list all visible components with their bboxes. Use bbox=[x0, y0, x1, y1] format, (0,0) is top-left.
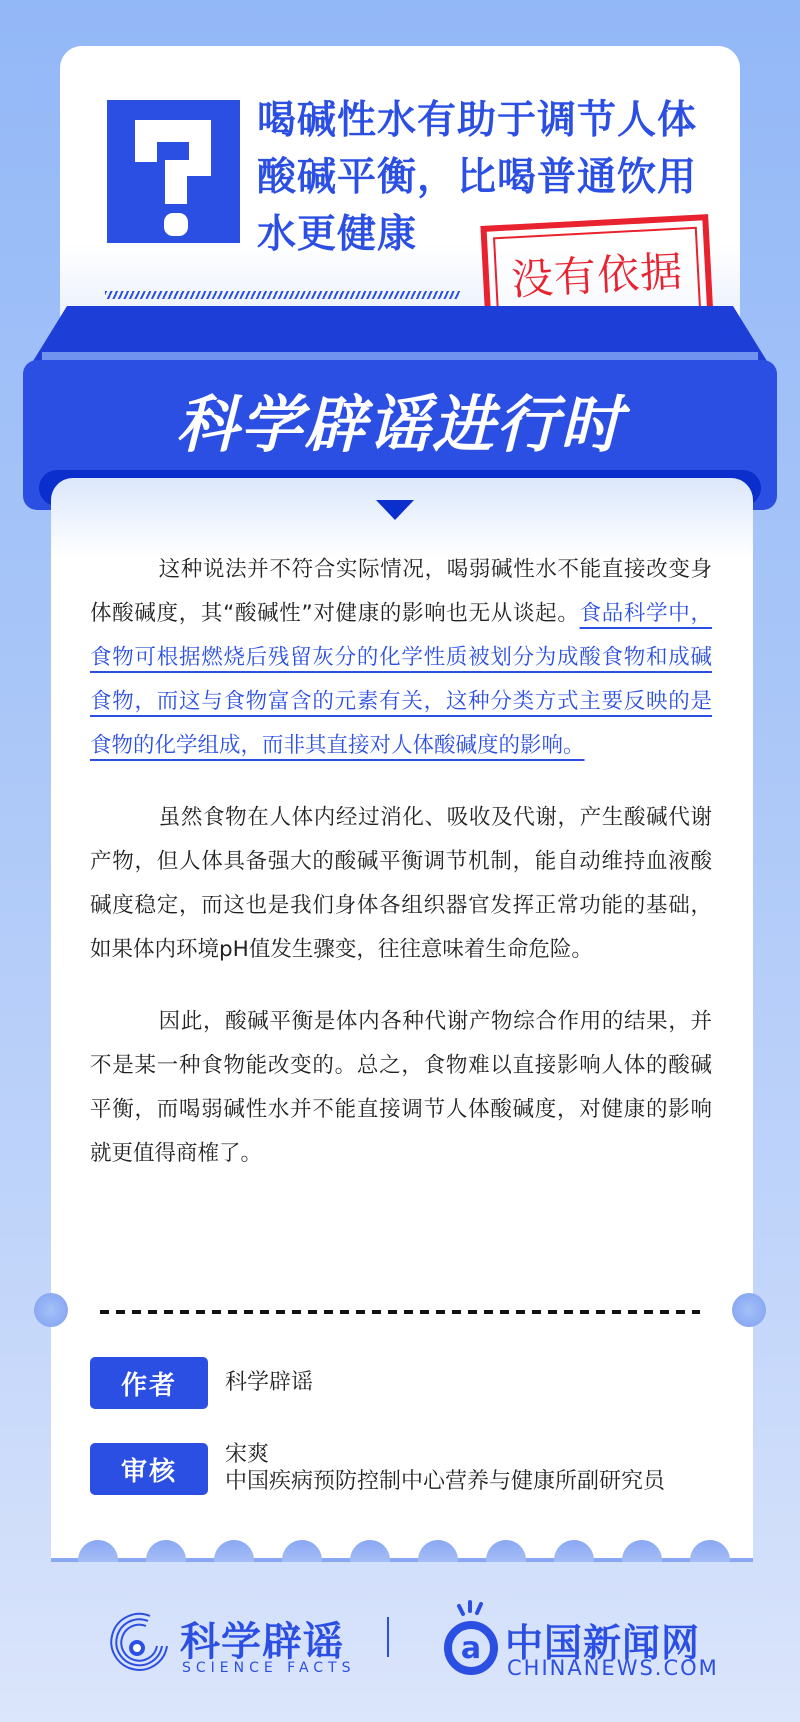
author-badge: 作者 bbox=[90, 1357, 208, 1409]
article-body: 这种说法并不符合实际情况，喝弱碱性水不能直接改变身体酸碱度，其“酸碱性”对健康的… bbox=[90, 548, 712, 1204]
ticket-scallop-edge bbox=[51, 1530, 753, 1562]
reviewer-badge: 审核 bbox=[90, 1443, 208, 1495]
article-paragraph: 虽然食物在人体内经过消化、吸收及代谢，产生酸碱代谢产物，但人体具备强大的酸碱平衡… bbox=[90, 796, 712, 972]
ticket-notch-left bbox=[34, 1293, 68, 1327]
dashed-divider bbox=[100, 1310, 700, 1314]
svg-text:a: a bbox=[461, 1631, 481, 1666]
science-facts-logo-en: SCIENCE FACTS bbox=[182, 1660, 356, 1676]
article-paragraph: 这种说法并不符合实际情况，喝弱碱性水不能直接改变身体酸碱度，其“酸碱性”对健康的… bbox=[90, 548, 712, 768]
question-mark-icon bbox=[107, 100, 240, 243]
author-name: 科学辟谣 bbox=[225, 1369, 313, 1396]
science-facts-logo-cn: 科学辟谣 bbox=[180, 1610, 344, 1667]
hatch-divider bbox=[105, 291, 460, 299]
verdict-stamp-text: 没有依据 bbox=[510, 239, 685, 308]
reviewer-info: 宋爽 中国疾病预防控制中心营养与健康所副研究员 bbox=[225, 1441, 665, 1495]
footer-divider bbox=[387, 1617, 389, 1657]
down-arrow-icon bbox=[376, 500, 414, 520]
article-paragraph: 因此，酸碱平衡是体内各种代谢产物综合作用的结果，并不是某一种食物能改变的。总之，… bbox=[90, 1000, 712, 1176]
paragraph-text: 虽然食物在人体内经过消化、吸收及代谢，产生酸碱代谢产物，但人体具备强大的酸碱平衡… bbox=[90, 805, 712, 962]
paragraph-text: 因此，酸碱平衡是体内各种代谢产物综合作用的结果，并不是某一种食物能改变的。总之，… bbox=[90, 1009, 712, 1166]
ticket-notch-right bbox=[732, 1293, 766, 1327]
chinanews-logo-en: CHINANEWS.COM bbox=[507, 1656, 719, 1680]
reviewer-title: 中国疾病预防控制中心营养与健康所副研究员 bbox=[225, 1468, 665, 1495]
science-facts-logo-icon bbox=[105, 1608, 175, 1678]
chinanews-at-icon: a bbox=[437, 1598, 509, 1678]
banner-title: 科学辟谣进行时 bbox=[0, 362, 800, 477]
reviewer-name: 宋爽 bbox=[225, 1441, 665, 1468]
